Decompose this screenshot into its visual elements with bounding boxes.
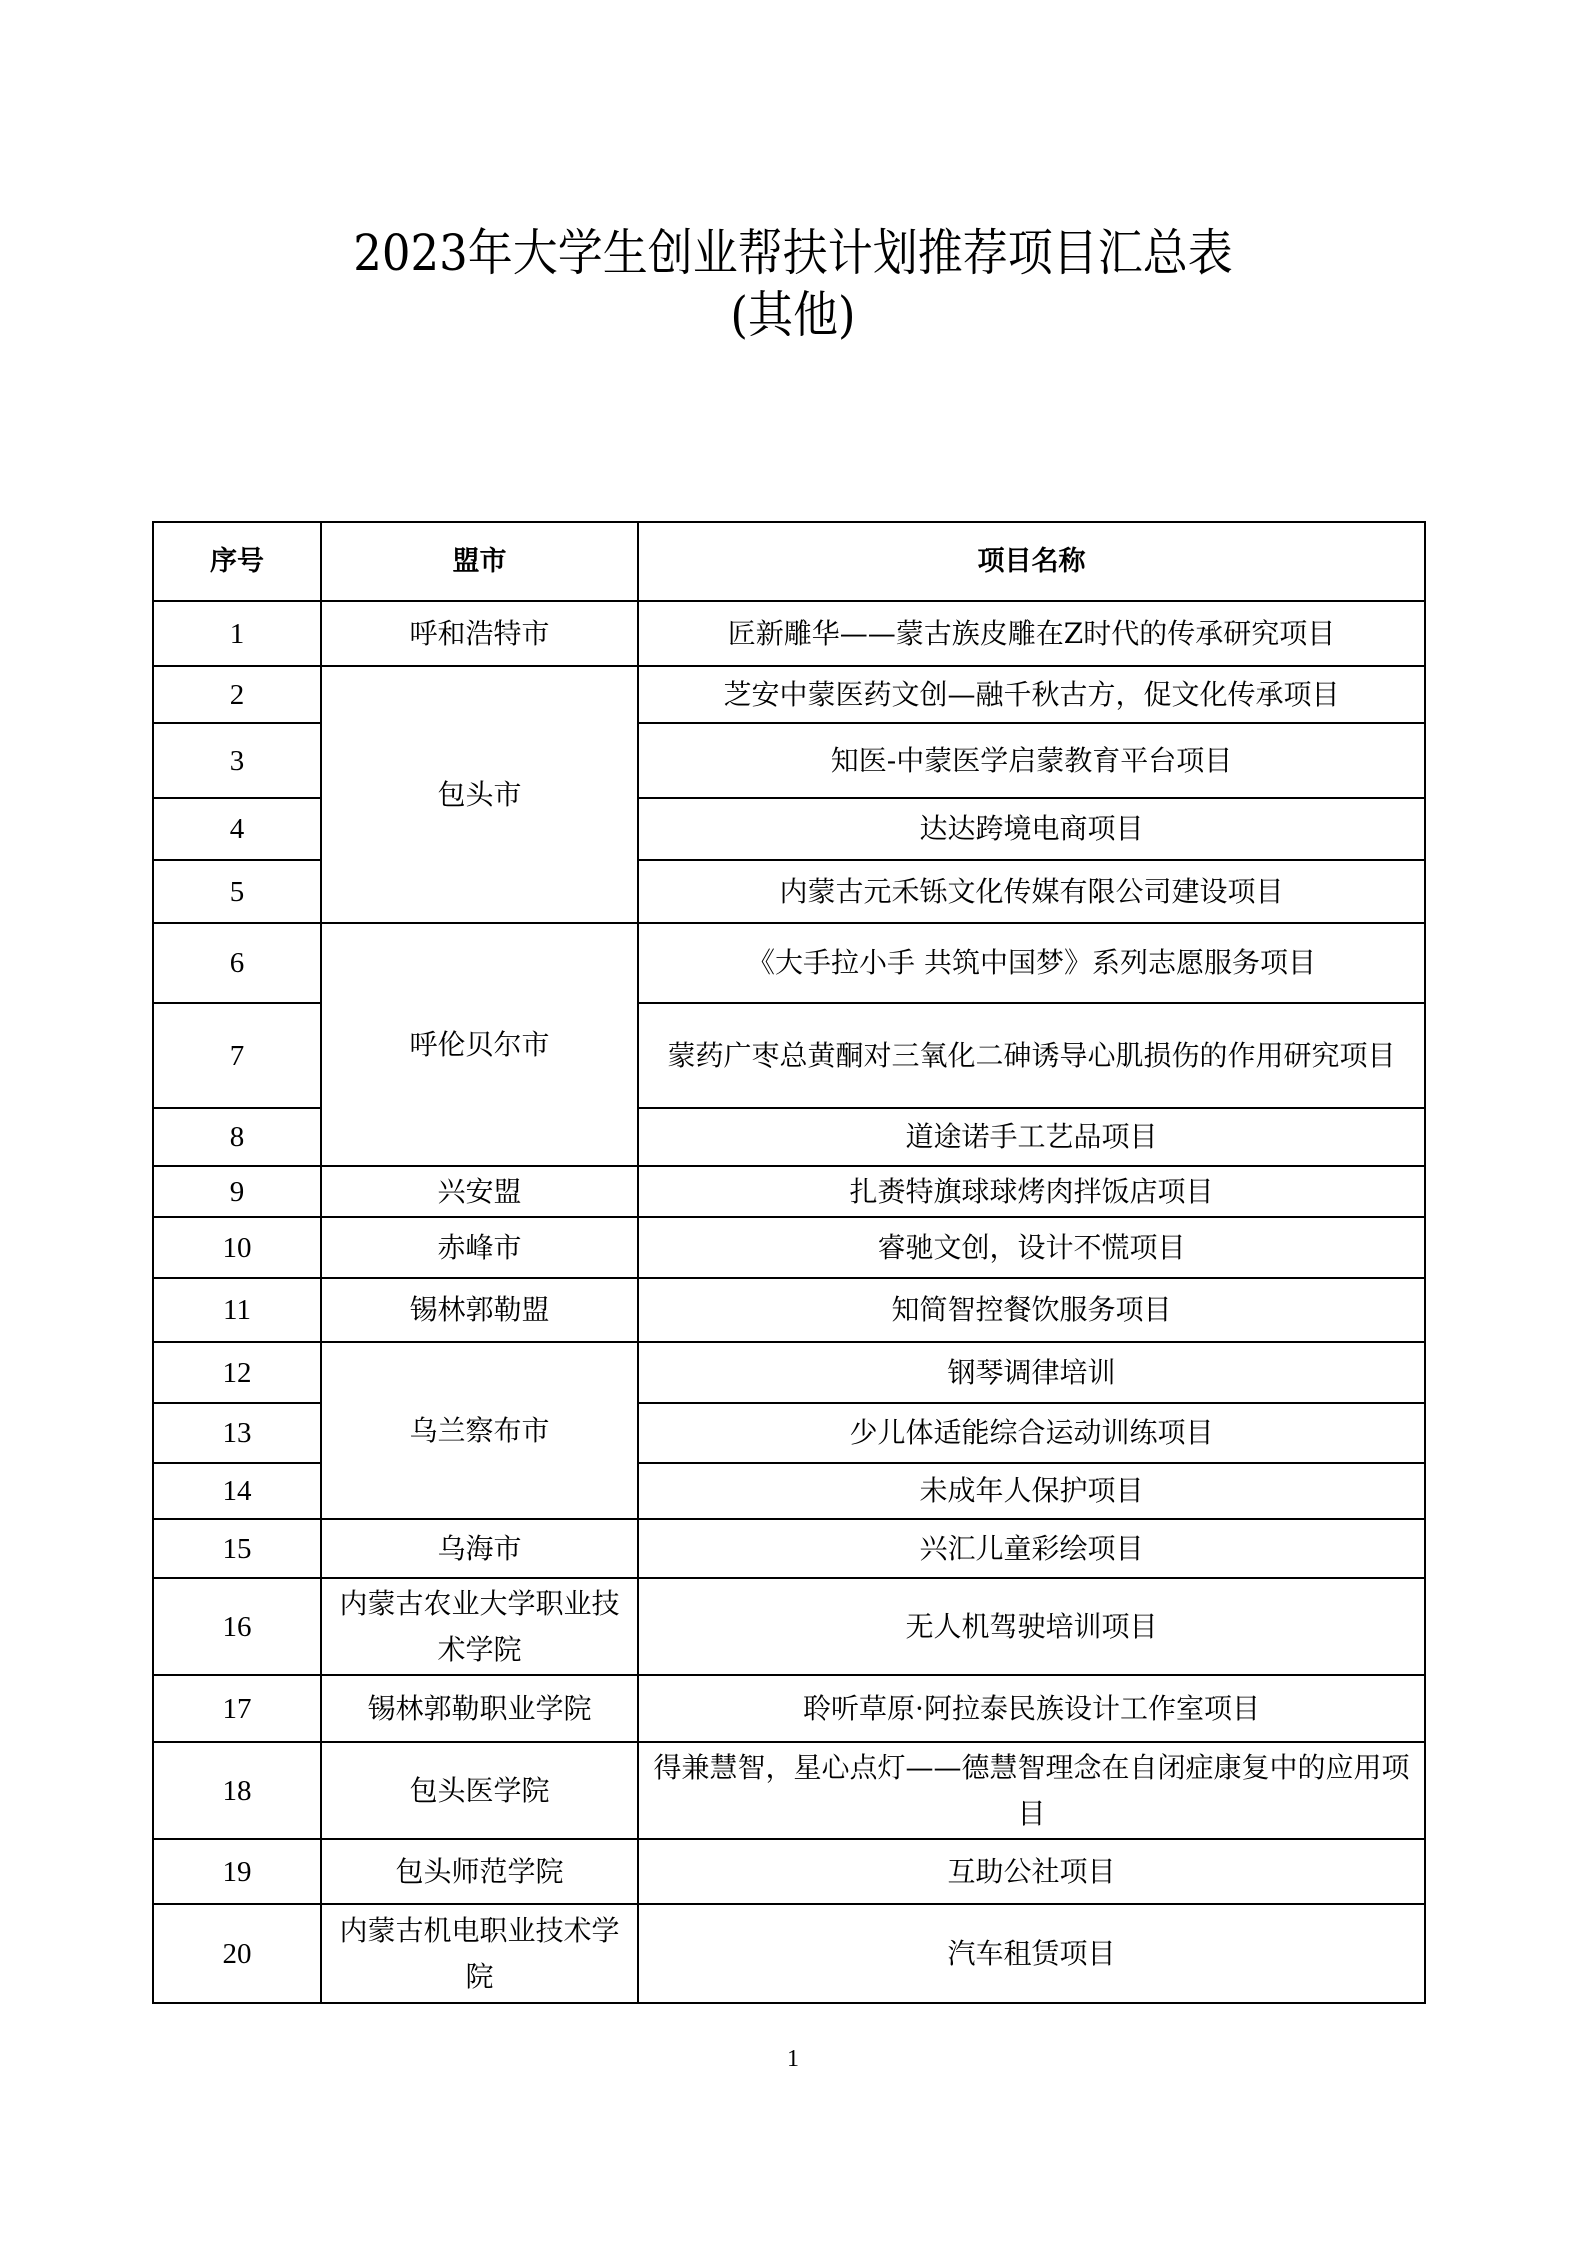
row-project: 知医-中蒙医学启蒙教育平台项目 <box>638 723 1425 798</box>
table-row: 1 呼和浩特市 匠新雕华——蒙古族皮雕在Z时代的传承研究项目 <box>153 601 1425 666</box>
table-row: 2 包头市 芝安中蒙医药文创—融千秋古方，促文化传承项目 <box>153 666 1425 723</box>
row-region-merged: 包头市 <box>321 666 638 923</box>
row-region: 兴安盟 <box>321 1166 638 1217</box>
row-index: 8 <box>153 1108 321 1166</box>
row-project: 内蒙古元禾铄文化传媒有限公司建设项目 <box>638 860 1425 923</box>
row-index: 9 <box>153 1166 321 1217</box>
row-project: 兴汇儿童彩绘项目 <box>638 1519 1425 1578</box>
header-project-name: 项目名称 <box>638 522 1425 601</box>
table-row: 12 乌兰察布市 钢琴调律培训 <box>153 1342 1425 1403</box>
document-title: 2023年大学生创业帮扶计划推荐项目汇总表 (其他) <box>0 222 1586 346</box>
table-row: 11 锡林郭勒盟 知简智控餐饮服务项目 <box>153 1278 1425 1342</box>
row-project: 蒙药广枣总黄酮对三氧化二砷诱导心肌损伤的作用研究项目 <box>638 1003 1425 1108</box>
table-row: 19 包头师范学院 互助公社项目 <box>153 1839 1425 1904</box>
title-line-2: (其他) <box>79 284 1506 346</box>
row-index: 15 <box>153 1519 321 1578</box>
row-index: 5 <box>153 860 321 923</box>
row-index: 17 <box>153 1675 321 1742</box>
table-row: 6 呼伦贝尔市 《大手拉小手 共筑中国梦》系列志愿服务项目 <box>153 923 1425 1003</box>
row-project: 达达跨境电商项目 <box>638 798 1425 860</box>
page-number: 1 <box>0 2046 1586 2073</box>
row-project: 道途诺手工艺品项目 <box>638 1108 1425 1166</box>
row-project: 钢琴调律培训 <box>638 1342 1425 1403</box>
row-project: 得兼慧智，星心点灯——德慧智理念在自闭症康复中的应用项目 <box>638 1742 1425 1839</box>
row-index: 4 <box>153 798 321 860</box>
row-region: 呼和浩特市 <box>321 601 638 666</box>
row-index: 11 <box>153 1278 321 1342</box>
table-row: 20 内蒙古机电职业技术学院 汽车租赁项目 <box>153 1904 1425 2003</box>
row-index: 19 <box>153 1839 321 1904</box>
row-index: 6 <box>153 923 321 1003</box>
row-project: 《大手拉小手 共筑中国梦》系列志愿服务项目 <box>638 923 1425 1003</box>
row-index: 16 <box>153 1578 321 1675</box>
header-index: 序号 <box>153 522 321 601</box>
row-project: 扎赉特旗球球烤肉拌饭店项目 <box>638 1166 1425 1217</box>
row-region: 锡林郭勒盟 <box>321 1278 638 1342</box>
row-region: 包头师范学院 <box>321 1839 638 1904</box>
row-region: 内蒙古农业大学职业技术学院 <box>321 1578 638 1675</box>
row-project: 睿驰文创，设计不慌项目 <box>638 1217 1425 1278</box>
row-project: 无人机驾驶培训项目 <box>638 1578 1425 1675</box>
row-index: 3 <box>153 723 321 798</box>
table-row: 10 赤峰市 睿驰文创，设计不慌项目 <box>153 1217 1425 1278</box>
row-index: 20 <box>153 1904 321 2003</box>
row-project: 匠新雕华——蒙古族皮雕在Z时代的传承研究项目 <box>638 601 1425 666</box>
row-index: 2 <box>153 666 321 723</box>
row-region: 包头医学院 <box>321 1742 638 1839</box>
row-project: 知简智控餐饮服务项目 <box>638 1278 1425 1342</box>
table-row: 18 包头医学院 得兼慧智，星心点灯——德慧智理念在自闭症康复中的应用项目 <box>153 1742 1425 1839</box>
row-project: 互助公社项目 <box>638 1839 1425 1904</box>
header-region: 盟市 <box>321 522 638 601</box>
table-header-row: 序号 盟市 项目名称 <box>153 522 1425 601</box>
row-project: 聆听草原·阿拉泰民族设计工作室项目 <box>638 1675 1425 1742</box>
row-index: 10 <box>153 1217 321 1278</box>
row-region: 锡林郭勒职业学院 <box>321 1675 638 1742</box>
row-region: 内蒙古机电职业技术学院 <box>321 1904 638 2003</box>
table-row: 9 兴安盟 扎赉特旗球球烤肉拌饭店项目 <box>153 1166 1425 1217</box>
row-index: 1 <box>153 601 321 666</box>
row-index: 13 <box>153 1403 321 1463</box>
row-project: 芝安中蒙医药文创—融千秋古方，促文化传承项目 <box>638 666 1425 723</box>
table-row: 17 锡林郭勒职业学院 聆听草原·阿拉泰民族设计工作室项目 <box>153 1675 1425 1742</box>
row-region: 乌海市 <box>321 1519 638 1578</box>
row-index: 18 <box>153 1742 321 1839</box>
row-region-merged: 呼伦贝尔市 <box>321 923 638 1166</box>
row-region: 赤峰市 <box>321 1217 638 1278</box>
row-region-merged: 乌兰察布市 <box>321 1342 638 1519</box>
row-project: 汽车租赁项目 <box>638 1904 1425 2003</box>
row-index: 7 <box>153 1003 321 1108</box>
row-project: 少儿体适能综合运动训练项目 <box>638 1403 1425 1463</box>
title-line-1: 2023年大学生创业帮扶计划推荐项目汇总表 <box>79 222 1506 284</box>
project-summary-table: 序号 盟市 项目名称 1 呼和浩特市 匠新雕华——蒙古族皮雕在Z时代的传承研究项… <box>152 521 1426 2004</box>
table-row: 16 内蒙古农业大学职业技术学院 无人机驾驶培训项目 <box>153 1578 1425 1675</box>
row-project: 未成年人保护项目 <box>638 1463 1425 1519</box>
table-row: 15 乌海市 兴汇儿童彩绘项目 <box>153 1519 1425 1578</box>
row-index: 14 <box>153 1463 321 1519</box>
row-index: 12 <box>153 1342 321 1403</box>
